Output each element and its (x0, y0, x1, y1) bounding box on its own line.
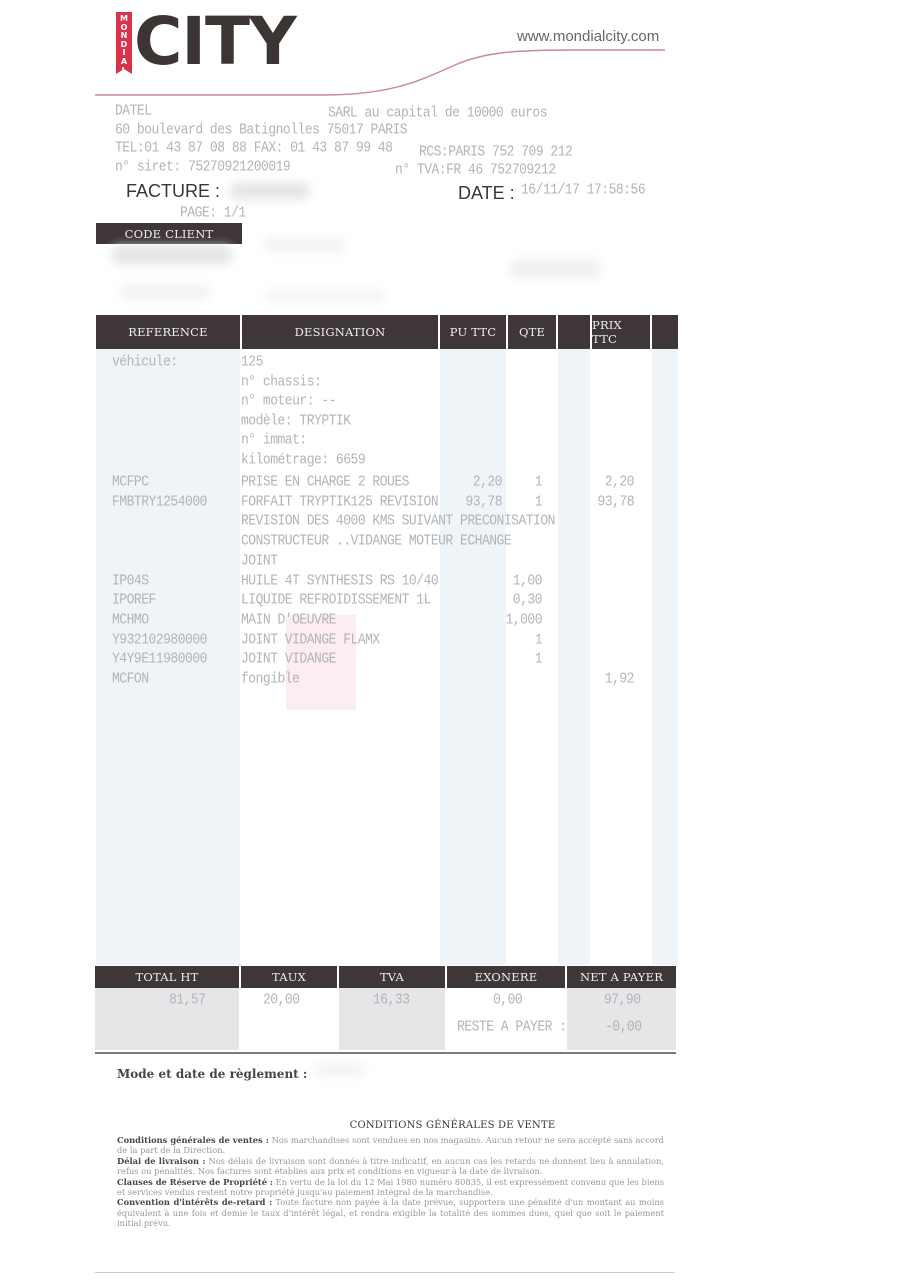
header-tva: TVA (339, 966, 445, 988)
cell-qte: 1 (535, 631, 542, 648)
cell-pu-ttc: 93,78 (465, 493, 502, 510)
cell-reference: IP04S (112, 572, 149, 589)
facture-label: FACTURE : (126, 181, 220, 202)
cell-reference: MCHMO (112, 611, 149, 628)
cgv-title: CONDITIONS GÉNÉRALES DE VENTE (0, 1120, 905, 1131)
cell-qte: 1,000 (505, 611, 542, 628)
col-bg-pu (440, 349, 506, 965)
company-capital: SARL au capital de 10000 euros (328, 104, 547, 121)
reste-a-payer-value: -0,00 (605, 1018, 642, 1035)
vehicle-detail-line: kilométrage: 6659 (241, 451, 365, 468)
cell-prix-ttc: 93,78 (597, 493, 634, 510)
cell-designation: JOINT VIDANGE (241, 650, 336, 667)
totals-divider (95, 1052, 676, 1054)
company-name: DATEL (115, 102, 152, 119)
header-taux: TAUX (241, 966, 337, 988)
vehicle-detail-line: n° immat: (241, 431, 307, 448)
col-bg-empty (558, 349, 590, 965)
client-address-redacted (120, 285, 210, 299)
cell-designation: JOINT (241, 552, 278, 569)
cell-qte: 1 (535, 473, 542, 490)
vehicle-detail-line: modèle: TRYPTIK (241, 412, 351, 429)
cell-pu-ttc: 2,20 (473, 473, 502, 490)
cell-designation: PRISE EN CHARGE 2 ROUES (241, 473, 409, 490)
cell-qte: 1 (535, 493, 542, 510)
cell-qte: 1 (535, 650, 542, 667)
cell-qte: 1,00 (513, 572, 542, 589)
header-end (652, 315, 678, 349)
cell-designation: fongible (241, 670, 299, 687)
cgv-clause: Clauses de Réserve de Propriété : En ver… (117, 1177, 664, 1198)
vehicle-detail-line: n° moteur: -- (241, 392, 336, 409)
date-label: DATE : (458, 183, 515, 204)
cell-prix-ttc: 1,92 (605, 670, 634, 687)
cell-designation: HUILE 4T SYNTHESIS RS 10/40 (241, 572, 438, 589)
taux-value: 20,00 (263, 991, 300, 1008)
total-ht-value: 81,57 (169, 991, 206, 1008)
cgv-clause: Délai de livraison : Nos délais de livra… (117, 1156, 664, 1177)
company-address: 60 boulevard des Batignolles 75017 PARIS (115, 121, 407, 138)
invoice-number-redacted (230, 183, 310, 199)
cgv-clause-title: Convention d'intérêts de-retard : (117, 1197, 272, 1207)
header-pu-ttc: PU TTC (440, 315, 506, 349)
header-qte: QTE (508, 315, 556, 349)
cgv-clause: Convention d'intérêts de-retard : Toute … (117, 1197, 664, 1228)
cell-reference: IPOREF (112, 591, 156, 608)
cgv-clause-title: Délai de livraison : (117, 1156, 205, 1166)
header-empty (558, 315, 590, 349)
client-code-redacted (112, 246, 232, 264)
header-total-ht: TOTAL HT (95, 966, 239, 988)
cell-reference: FMBTRY1254000 (112, 493, 207, 510)
header-designation: DESIGNATION (242, 315, 438, 349)
company-siret: n° siret: 75270921200019 (115, 158, 290, 175)
company-tva: n° TVA:FR 46 752709212 (395, 161, 556, 178)
company-rcs: RCS:PARIS 752 709 212 (419, 143, 572, 160)
col-bg-prix (592, 349, 650, 965)
cell-prix-ttc: 2,20 (605, 473, 634, 490)
cell-reference: Y932102980000 (112, 631, 207, 648)
col-bg-qte (508, 349, 556, 965)
client-city-redacted (265, 290, 385, 302)
items-table: REFERENCE DESIGNATION PU TTC QTE PRIX TT… (96, 315, 678, 965)
page-bottom-line (95, 1272, 675, 1273)
header-prix-ttc: PRIX TTC (592, 315, 650, 349)
vehicle-detail-line: 125 (241, 353, 263, 370)
reste-a-payer-label: RESTE A PAYER : (457, 1018, 567, 1035)
payment-mode-label: Mode et date de règlement : (117, 1067, 307, 1081)
header-reference: REFERENCE (96, 315, 240, 349)
cell-designation: CONSTRUCTEUR ..VIDANGE MOTEUR ECHANGE (241, 532, 511, 549)
header-exonere: EXONERE (447, 966, 565, 988)
page-number: PAGE: 1/1 (180, 204, 246, 221)
cell-designation: FORFAIT TRYPTIK125 REVISION (241, 493, 438, 510)
invoice-date: 16/11/17 17:58:56 (521, 181, 645, 198)
cell-qte: 0,30 (513, 591, 542, 608)
payment-mode-redacted (315, 1064, 365, 1076)
exonere-value: 0,00 (493, 991, 522, 1008)
cgv-clause: Conditions générales de ventes : Nos mar… (117, 1135, 664, 1156)
cell-designation: REVISION DES 4000 KMS SUIVANT PRECONISAT… (241, 512, 555, 529)
total-ht-bg (95, 988, 239, 1050)
header-net-a-payer: NET A PAYER (567, 966, 676, 988)
company-tel-fax: TEL:01 43 87 08 88 FAX: 01 43 87 99 48 (115, 139, 392, 156)
totals-table: TOTAL HT TAUX TVA EXONERE NET A PAYER 81… (95, 966, 676, 1054)
code-client-label: CODE CLIENT (96, 223, 242, 244)
net-a-payer-value: 97,90 (604, 991, 641, 1008)
client-name-redacted (265, 238, 345, 252)
col-bg-end (652, 349, 678, 965)
cell-reference: Y4Y9E11980000 (112, 650, 207, 667)
header-decorative-curve (95, 40, 670, 100)
cgv-body: Conditions générales de ventes : Nos mar… (117, 1135, 664, 1229)
cell-designation: LIQUIDE REFROIDISSEMENT 1L (241, 591, 431, 608)
cgv-clause-title: Conditions générales de ventes : (117, 1135, 269, 1145)
cgv-clause-title: Clauses de Réserve de Propriété : (117, 1177, 273, 1187)
cell-reference: MCFPC (112, 473, 149, 490)
vehicle-label: véhicule: (112, 353, 178, 370)
tva-value: 16,33 (373, 991, 410, 1008)
cell-reference: MCFON (112, 670, 149, 687)
client-info-redacted (510, 260, 600, 278)
cell-designation: MAIN D'OEUVRE (241, 611, 336, 628)
cell-designation: JOINT VIDANGE FLAMX (241, 631, 380, 648)
vehicle-detail-line: n° chassis: (241, 373, 321, 390)
